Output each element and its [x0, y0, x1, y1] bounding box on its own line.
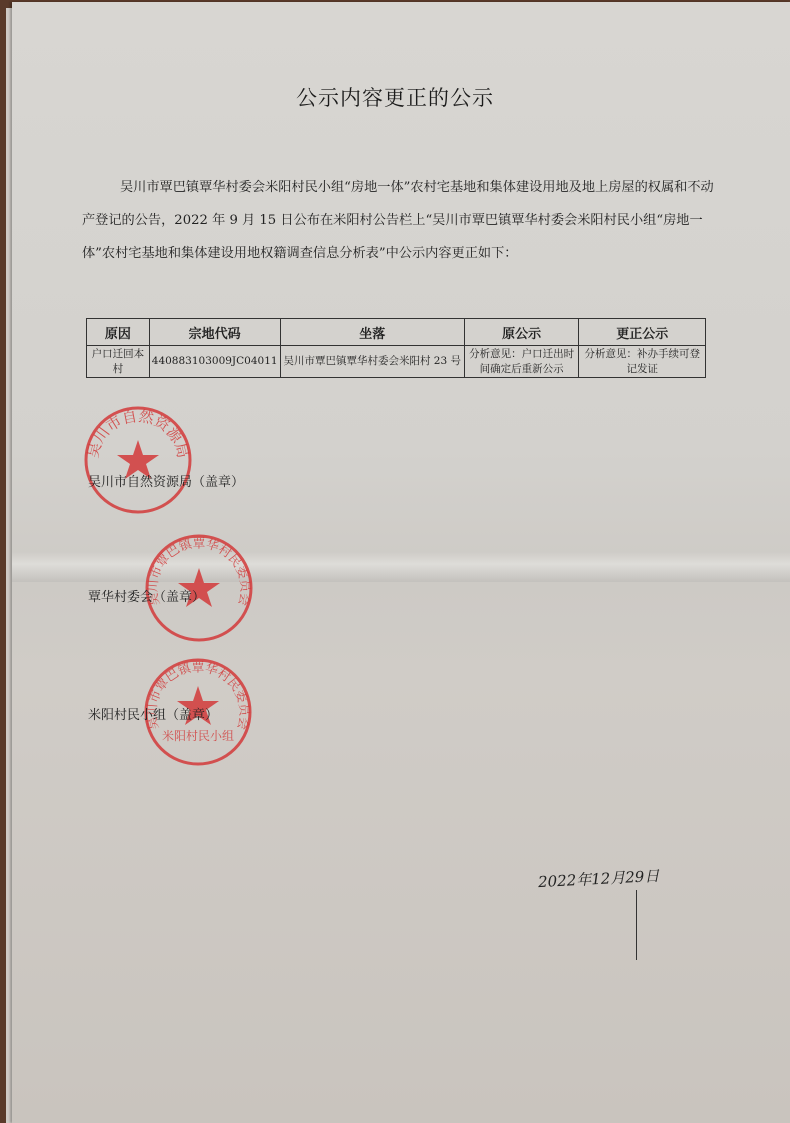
seal-natural-resources-bureau: 吴川市自然资源局 [82, 404, 194, 516]
document-body: 吴川市覃巴镇覃华村委会米阳村民小组“房地一体”农村宅基地和集体建设用地及地上房屋… [82, 171, 714, 270]
signature-village-committee: 覃华村委会（盖章） [88, 586, 205, 605]
cell-original-notice: 分析意见：户口迁出时间确定后重新公示 [464, 346, 579, 378]
cell-corrected-notice: 分析意见：补办手续可登记发证 [579, 346, 706, 378]
header-corrected-notice: 更正公示 [579, 319, 706, 346]
table-row: 户口迁回本村 440883103009JC04011 吴川市覃巴镇覃华村委会米阳… [87, 346, 706, 378]
header-location: 坐落 [280, 319, 464, 346]
signature-natural-resources-bureau: 吴川市自然资源局（盖章） [88, 471, 244, 490]
table-header-row: 原因 宗地代码 坐落 原公示 更正公示 [87, 319, 706, 346]
document-title: 公示内容更正的公示 [0, 82, 790, 112]
pen-stroke [636, 890, 637, 960]
seal-3-subtext: 米阳村民小组 [162, 728, 234, 743]
cell-location: 吴川市覃巴镇覃华村委会米阳村 23 号 [280, 346, 464, 378]
cell-reason: 户口迁回本村 [87, 346, 150, 378]
header-parcel-code: 宗地代码 [149, 319, 280, 346]
header-original-notice: 原公示 [464, 319, 579, 346]
paper-fold [12, 552, 790, 582]
cell-parcel-code: 440883103009JC04011 [149, 346, 280, 378]
header-reason: 原因 [87, 319, 150, 346]
correction-table: 原因 宗地代码 坐落 原公示 更正公示 户口迁回本村 440883103009J… [86, 318, 706, 378]
signature-villager-group: 米阳村民小组（盖章） [88, 704, 218, 723]
